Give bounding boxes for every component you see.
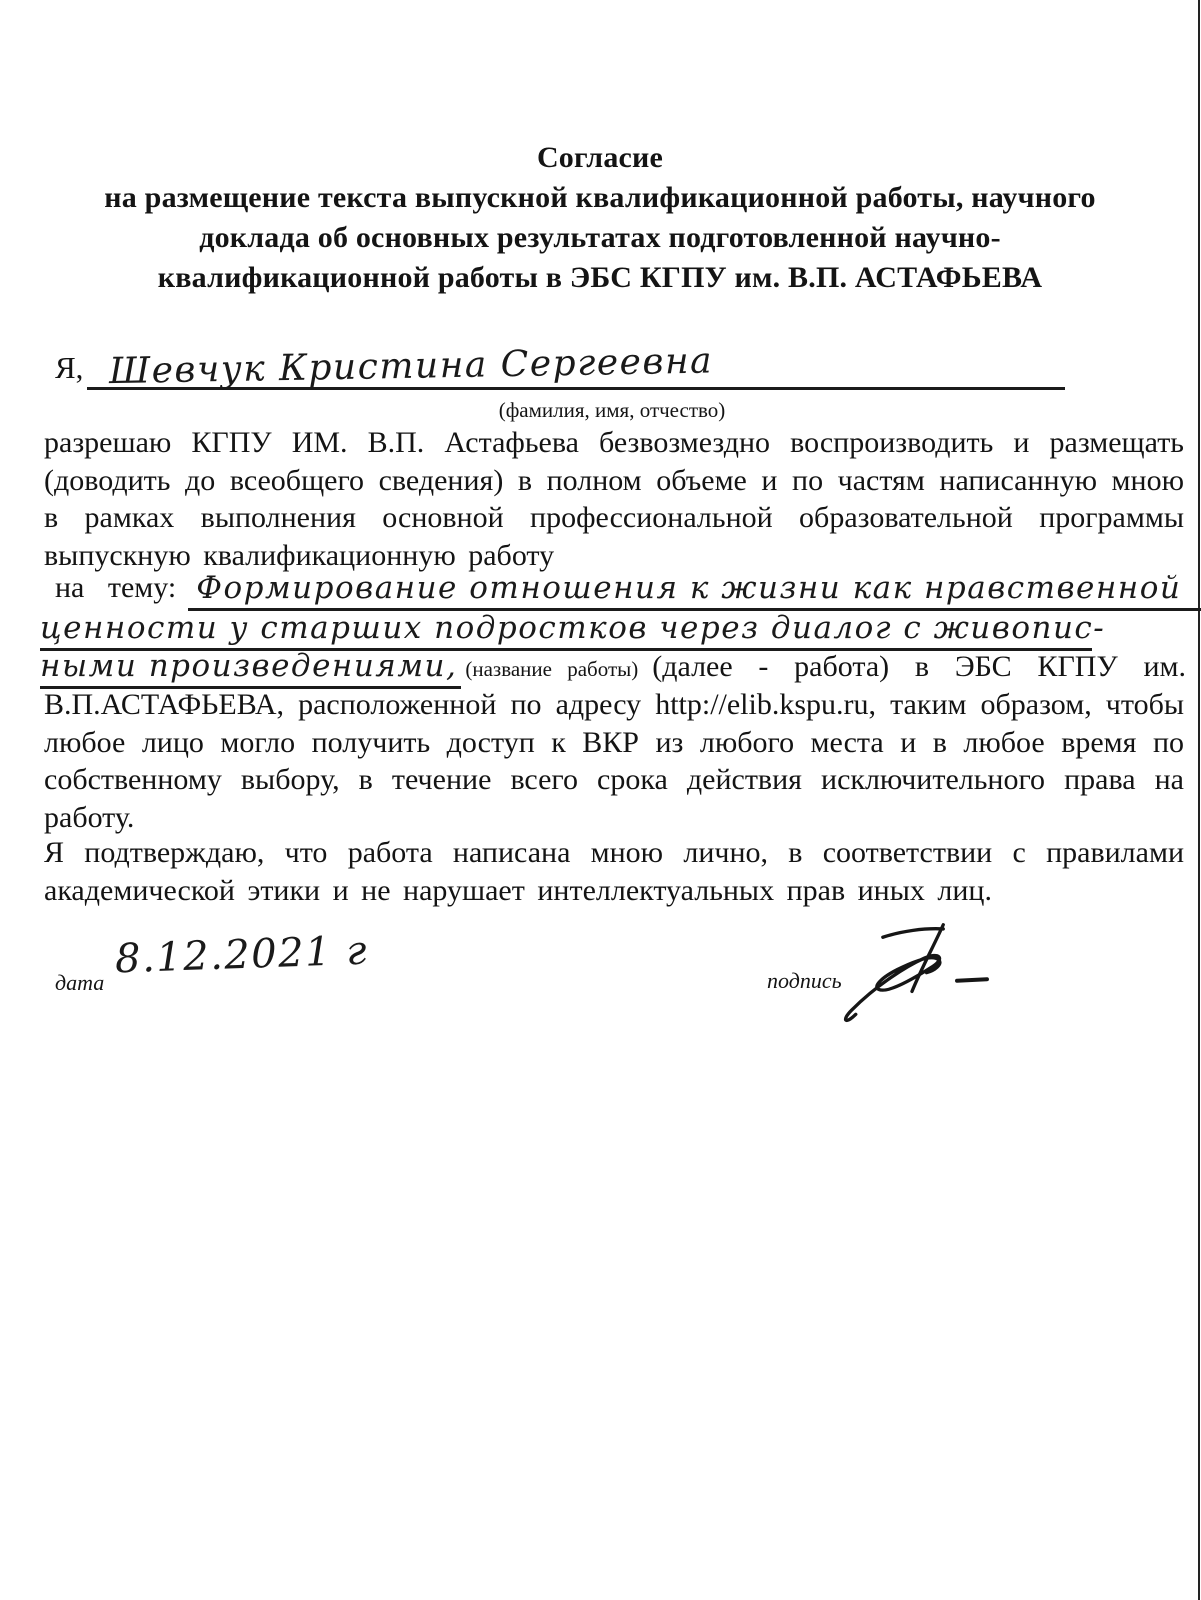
scan-edge-artifact: [1198, 0, 1200, 1600]
scanned-consent-document: Согласие на размещение текста выпускной …: [0, 0, 1201, 1600]
page-subtitle-line: квалификационной работы в ЭБС КГПУ им. В…: [55, 258, 1145, 298]
page-subtitle-line: доклада об основных результатах подготов…: [55, 218, 1145, 258]
name-caption: (фамилия, имя, отчество): [462, 398, 762, 423]
page-title: Согласие: [55, 138, 1145, 178]
topic-continuation-row: ными произведениями, (название работы) (…: [40, 648, 1186, 689]
access-paragraph: В.П.АСТАФЬЕВА, расположенной по адресу h…: [44, 686, 1184, 836]
signature-mark: [837, 906, 962, 1031]
date-value-handwritten: 8.12.2021 г: [114, 928, 368, 983]
document-title-block: Согласие на размещение текста выпускной …: [55, 138, 1145, 298]
name-blank-line: Шевчук Кристина Сергеевна: [87, 346, 1065, 390]
topic-row: на тему: Формирование отношения к жизни …: [55, 570, 1201, 611]
topic-handwritten-line-2: ценности у старших подростков через диал…: [40, 610, 1092, 651]
topic-handwritten-line-3: ными произведениями,: [40, 648, 461, 689]
footer-row: дата 8.12.2021 г подпись: [55, 936, 1155, 1066]
declarant-name-handwritten: Шевчук Кристина Сергеевна: [87, 341, 714, 393]
topic-caption: (название работы): [465, 657, 638, 682]
declarant-row: Я, Шевчук Кристина Сергеевна: [55, 346, 1065, 390]
permission-paragraph: разрешаю КГПУ ИМ. В.П. Астафьева безвозм…: [44, 424, 1184, 574]
confirmation-paragraph: Я подтверждаю, что работа написана мною …: [44, 834, 1184, 909]
topic-after-caption: (далее - работа) в ЭБС КГПУ им.: [652, 650, 1186, 684]
signature-label: подпись: [767, 968, 842, 994]
topic-label: на тему:: [55, 571, 176, 611]
page-subtitle-line: на размещение текста выпускной квалифика…: [55, 178, 1145, 218]
topic-handwritten-line-1: Формирование отношения к жизни как нравс…: [188, 570, 1201, 611]
signature-dash: [955, 977, 989, 983]
declarant-prefix: Я,: [55, 350, 83, 390]
date-label: дата: [55, 970, 104, 996]
